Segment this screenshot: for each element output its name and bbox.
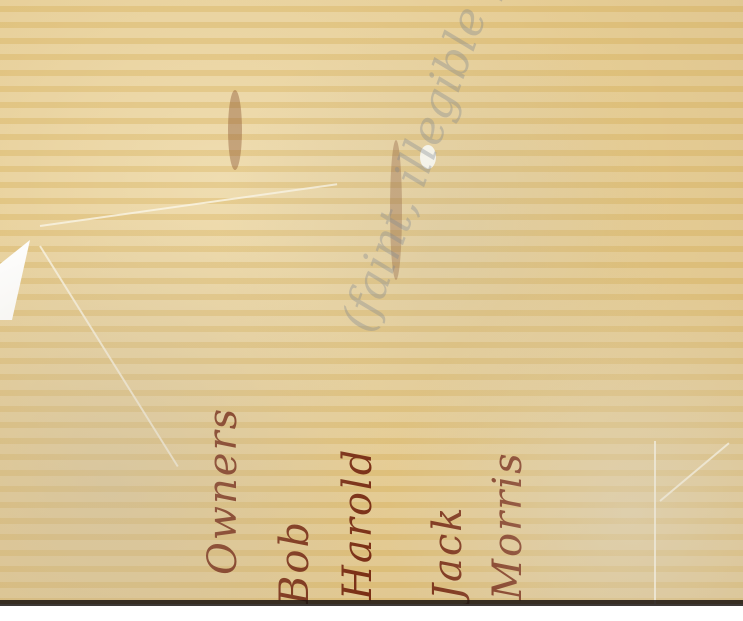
bottom-edge-shadow — [0, 600, 743, 606]
name-jack: Jack — [425, 505, 471, 600]
rust-spots — [390, 140, 402, 280]
paper-hole — [420, 145, 436, 169]
torn-corner — [0, 240, 30, 320]
fold-crease — [654, 441, 656, 604]
name-morris: Morris — [485, 451, 531, 600]
heading-owners: Owners — [200, 407, 246, 575]
name-bob: Bob — [272, 520, 318, 604]
fold-crease — [659, 442, 729, 501]
rust-spots — [228, 90, 242, 170]
fold-crease — [39, 245, 178, 467]
name-harold: Harold — [335, 448, 381, 600]
fold-crease — [40, 183, 337, 227]
pencil-writing: (faint, illegible pencil writing) — [330, 0, 620, 338]
aged-paper: (faint, illegible pencil writing) Owners… — [0, 0, 743, 604]
